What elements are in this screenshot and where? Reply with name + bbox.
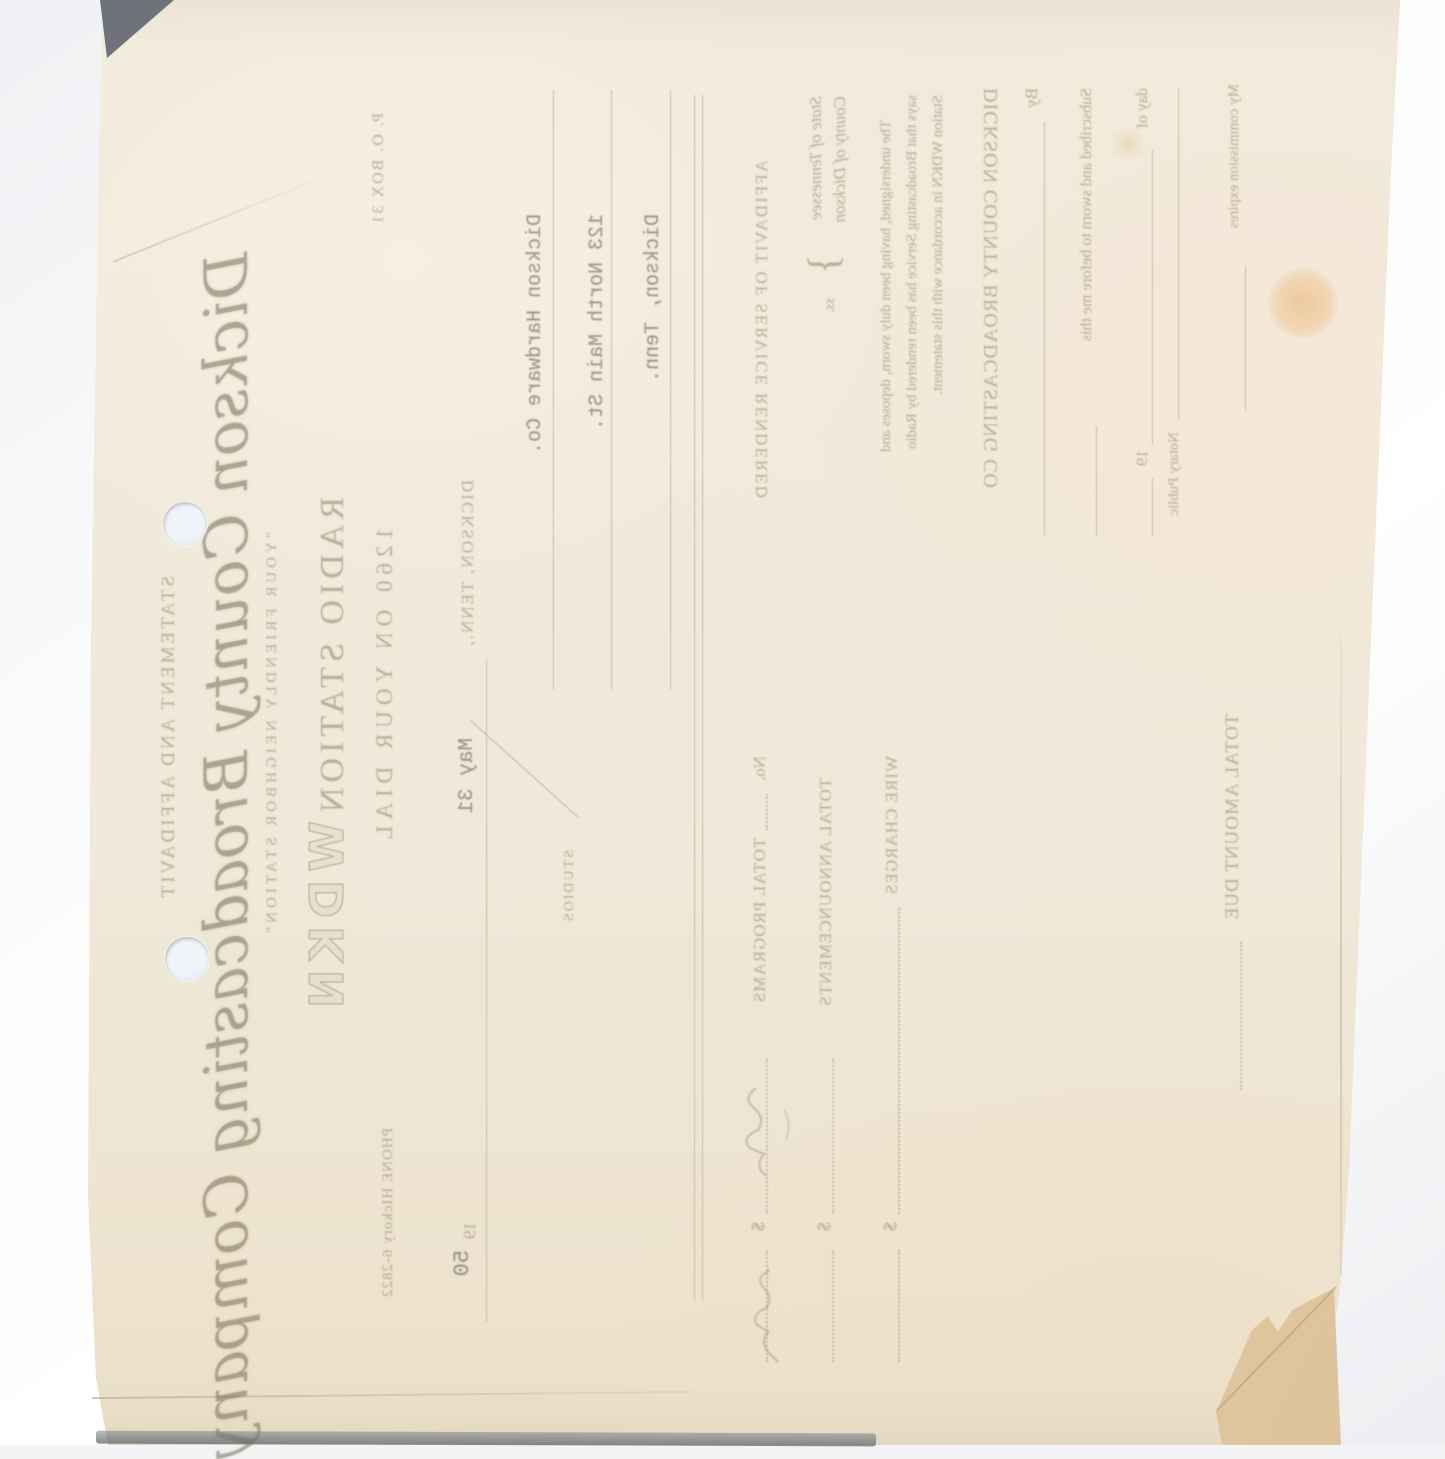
pencil-marks: [726, 1080, 806, 1400]
addressee-line-1: Dickson Hardware Co.: [524, 214, 547, 454]
po-box: P. O. BOX 31: [370, 113, 388, 225]
total-due-label: TOTAL AMOUNT DUE: [1222, 714, 1244, 920]
by-underline: [1044, 122, 1045, 535]
phone-line: PHONE HIckory 6-2822: [380, 1128, 397, 1298]
call-sign: WDKN: [300, 821, 354, 1016]
sworn-year-prefix: 19: [1134, 450, 1152, 466]
slogan-line: "YOUR FRIENDLY NEIGHBOR STATION": [264, 532, 281, 937]
sworn-line-2: day of: [1134, 88, 1152, 128]
document-content: STATEMENT AND AFFIDAVIT Dickson County B…: [0, 0, 1445, 1445]
affidavit-body-line-2: says that Broadcasting Service has been …: [904, 95, 921, 449]
bottom-edge-shadow: [96, 1431, 876, 1445]
affidavit-heading: AFFIDAVIT OF SERVICE RENDERED: [752, 160, 772, 500]
charge-row2-amount-blank: [832, 1250, 834, 1362]
table-top-rule-1: [694, 95, 695, 1300]
punch-hole-bottom: [165, 937, 209, 981]
ss-label: ss.: [822, 298, 839, 313]
dial-line: 1260 ON YOUR DIAL: [372, 528, 398, 846]
typed-year: 50: [450, 1250, 475, 1276]
notary-label: Notary Public: [1166, 432, 1183, 516]
charge-row2-currency: $: [814, 1222, 835, 1231]
total-due-leader: [1240, 942, 1242, 1090]
affidavit-body-line-3: Station WDKN in accordance with this sta…: [930, 95, 947, 395]
date-underline: [486, 660, 487, 1322]
station-line: RADIO STATION WDKN: [300, 497, 354, 1016]
table-top-rule-2: [702, 95, 703, 1300]
sworn-line-1: Subscribed and sworn to before me this: [1078, 88, 1096, 341]
county-line: County of Dickson: [830, 96, 850, 223]
charge-row3-label: WIRE CHARGES: [882, 756, 902, 895]
affidavit-company: DICKSON COUNTY BROADCASTING CO: [980, 88, 1003, 489]
statement-title: STATEMENT AND AFFIDAVIT: [158, 576, 180, 900]
affidavit-body-line-1: The undersigned, having been duly sworn,…: [878, 120, 895, 452]
sworn-blank-2: [1152, 150, 1153, 444]
commission-label: My commission expires: [1226, 84, 1243, 228]
year-prefix: 19: [460, 1222, 480, 1239]
charge-row3-currency: $: [880, 1222, 901, 1231]
addressee-underline-1: [553, 90, 554, 690]
punch-hole-top: [163, 502, 207, 546]
notary-underline: [1178, 88, 1179, 420]
company-name-script: Dickson County Broadcasting Company: [192, 252, 262, 1445]
addressee-underline-2: [611, 90, 612, 690]
sworn-blank-3: [1152, 478, 1153, 536]
charge-row3-leader: [898, 908, 900, 1214]
addressee-underline-3: [670, 90, 671, 690]
station-label: RADIO STATION: [314, 497, 351, 817]
charge-row2-leader: [832, 1058, 834, 1214]
photo-background: STATEMENT AND AFFIDAVIT Dickson County B…: [0, 0, 1445, 1445]
charge-row2-label: TOTAL ANNOUNCEMENTS: [816, 778, 836, 1007]
typed-date: May 31: [456, 738, 479, 814]
commission-underline: [1245, 266, 1246, 410]
city-label: DICKSON, TENN.,: [458, 480, 478, 648]
charge-row1-label: TOTAL PROGRAMS: [750, 838, 770, 1003]
studios-label: STUDIOS: [562, 850, 578, 923]
charge-row3-amount-blank: [898, 1250, 900, 1362]
addressee-line-2: 123 North Main St.: [586, 214, 609, 430]
charge-row1-no-blank: [766, 794, 768, 830]
charge-row1-no: No.: [750, 756, 770, 781]
addressee-line-3: Dickson, Tenn.: [642, 214, 665, 382]
brace-glyph: }: [800, 254, 848, 274]
sworn-blank-1: [1096, 426, 1097, 536]
state-line: State of Tennessee: [806, 96, 826, 220]
by-label: By: [1022, 88, 1042, 108]
